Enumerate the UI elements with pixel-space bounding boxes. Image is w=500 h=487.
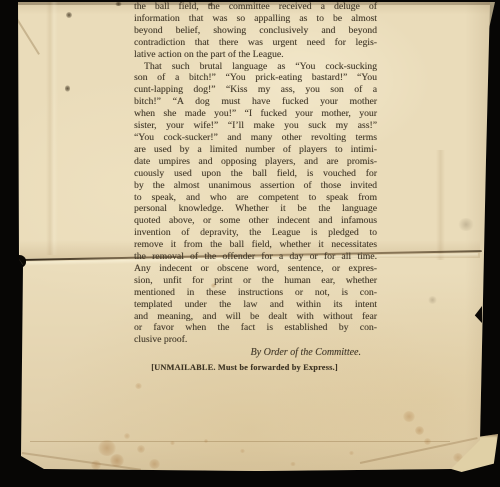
text-line: are used by a limited number of players … (134, 144, 377, 156)
byline: By Order of the Committee. (134, 347, 377, 359)
text-line: the ball field, the committee received a… (134, 1, 377, 13)
text-line: templated under the law and within its i… (134, 299, 377, 311)
footer-note: [UNMAILABLE. Must be forwarded by Expres… (134, 362, 377, 373)
text-line: beyond belief, showing conclusively and … (134, 25, 377, 37)
text-line: sion, unfit for print or the human ear, … (134, 275, 377, 287)
text-line: bitch!” “A dog must have fucked your mot… (134, 96, 377, 108)
text-line: mentioned in these instructions or not, … (134, 287, 377, 299)
text-line: clusive proof. (134, 334, 377, 346)
text-line: cunt-lapping dog!” “Kiss my ass, you son… (134, 84, 377, 96)
document-text-block: the ball field, the committee received a… (134, 1, 377, 373)
text-line: Any indecent or obscene word, sentence, … (134, 263, 377, 275)
text-line: lative action on the part of the League. (134, 49, 377, 61)
text-line: date umpires and opposing players, and a… (134, 156, 377, 168)
text-line: contradiction that there was urgent need… (134, 37, 377, 49)
text-line: personal knowledge. Whether it be the la… (134, 203, 377, 215)
text-line: when she made you!” “I fucked your mothe… (134, 108, 377, 120)
text-line: quoted above, or some other indecent and… (134, 215, 377, 227)
text-line: cuously used upon the ball field, is vou… (134, 168, 377, 180)
document-paper: the ball field, the committee received a… (0, 0, 500, 487)
body-lines: the ball field, the committee received a… (134, 1, 377, 346)
text-line: and meaning, and will be dealt with with… (134, 311, 377, 323)
text-line: the removal of the offender for a day or… (134, 251, 377, 263)
text-line: invention of depravity, the League is pl… (134, 227, 377, 239)
photo-background: the ball field, the committee received a… (0, 0, 500, 487)
text-line: or favor when the fact is established by… (134, 322, 377, 334)
text-line: “You cock-sucker!” and many other revolt… (134, 132, 377, 144)
text-line: to speak, and who are competent to speak… (134, 192, 377, 204)
text-line: information that was so appalling as to … (134, 13, 377, 25)
text-line: by the almost unanimous assertion of tho… (134, 180, 377, 192)
text-line: remove it from the ball field, whether i… (134, 239, 377, 251)
text-line: son of a bitch!” “You prick-eating basta… (134, 72, 377, 84)
text-line: sister, your wife!” “I’ll make you suck … (134, 120, 377, 132)
text-line: That such brutal language as “You cock-s… (134, 61, 377, 73)
